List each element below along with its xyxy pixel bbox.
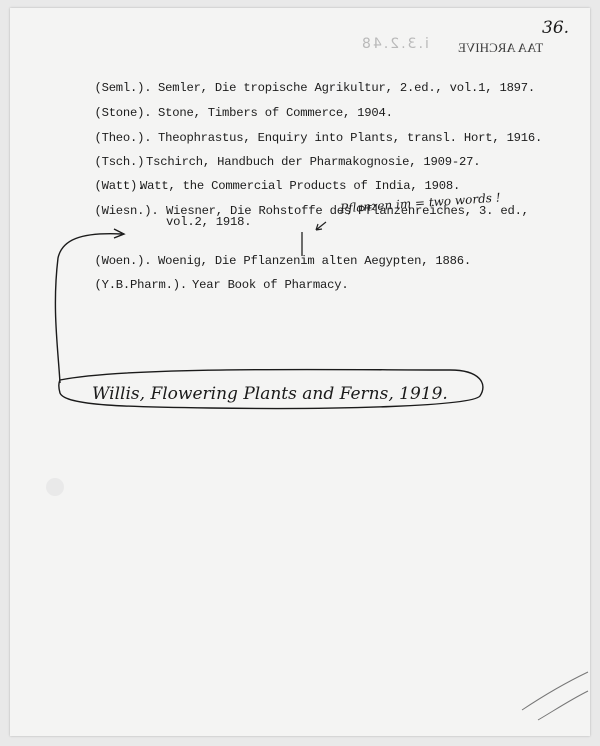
ink-markings	[10, 8, 590, 736]
insertion-arrow-line	[55, 234, 122, 383]
punch-hole	[46, 478, 64, 496]
document-page: 36. i.3.2.48 TAA ARCHIVE (Seml.).Semler,…	[10, 8, 590, 736]
insertion-loop	[59, 369, 483, 408]
arrow-icon	[316, 222, 326, 230]
fold-mark	[522, 672, 588, 710]
